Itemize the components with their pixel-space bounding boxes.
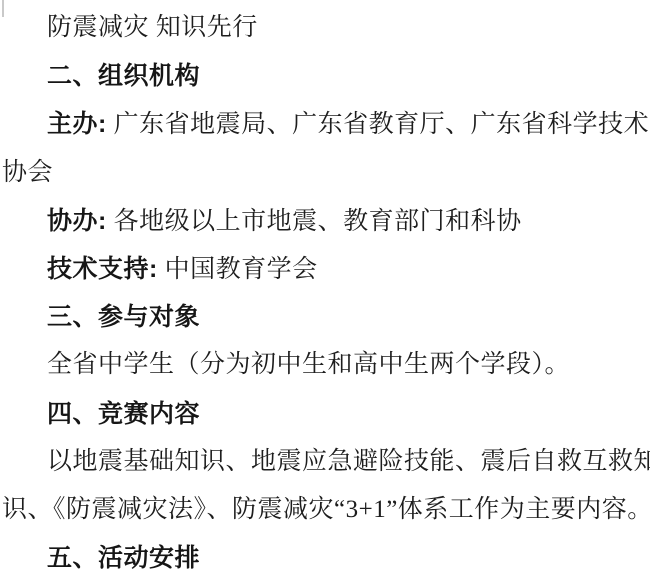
content-line-continuation: 识、《防震减灾法》、防震减灾“3+1”体系工作为主要内容。 <box>0 486 650 534</box>
host-text: 广东省地震局、广东省教育厅、广东省科学技术 <box>107 111 649 138</box>
section-heading-organization: 二、组织机构 <box>0 52 650 100</box>
participants-text: 全省中学生（分为初中生和高中生两个学段）。 <box>47 351 570 378</box>
co-organizer-line: 协办: 各地级以上市地震、教育部门和科协 <box>0 197 650 245</box>
slogan-line: 防震减灾 知识先行 <box>0 4 650 52</box>
section-heading-participants: 三、参与对象 <box>0 293 650 341</box>
participants-line: 全省中学生（分为初中生和高中生两个学段）。 <box>0 341 650 389</box>
document-page: 防震减灾 知识先行 二、组织机构 主办: 广东省地震局、广东省教育厅、广东省科学… <box>0 0 650 583</box>
slogan-text: 防震减灾 知识先行 <box>47 14 258 41</box>
page-edge-artifact <box>2 0 4 17</box>
host-line: 主办: 广东省地震局、广东省教育厅、广东省科学技术 <box>0 100 650 148</box>
host-text-continuation: 协会 <box>2 159 53 186</box>
section-heading-schedule: 五、活动安排 <box>0 534 650 582</box>
section-heading-content: 四、竞赛内容 <box>0 390 650 438</box>
section-heading-text: 三、参与对象 <box>47 303 200 331</box>
host-label: 主办: <box>47 110 107 138</box>
section-heading-text: 二、组织机构 <box>47 62 200 90</box>
content-text: 以地震基础知识、地震应急避险技能、震后自救互救知 <box>47 448 650 475</box>
technical-support-line: 技术支持: 中国教育学会 <box>0 245 650 293</box>
co-organizer-text: 各地级以上市地震、教育部门和科协 <box>107 208 522 235</box>
co-organizer-label: 协办: <box>47 207 107 235</box>
section-heading-text: 五、活动安排 <box>47 544 200 572</box>
host-line-continuation: 协会 <box>0 149 650 197</box>
content-text-continuation: 识、《防震减灾法》、防震减灾“3+1”体系工作为主要内容。 <box>2 496 650 523</box>
technical-support-label: 技术支持: <box>47 255 158 283</box>
content-line: 以地震基础知识、地震应急避险技能、震后自救互救知 <box>0 438 650 486</box>
section-heading-text: 四、竞赛内容 <box>47 400 200 428</box>
technical-support-text: 中国教育学会 <box>158 256 318 283</box>
